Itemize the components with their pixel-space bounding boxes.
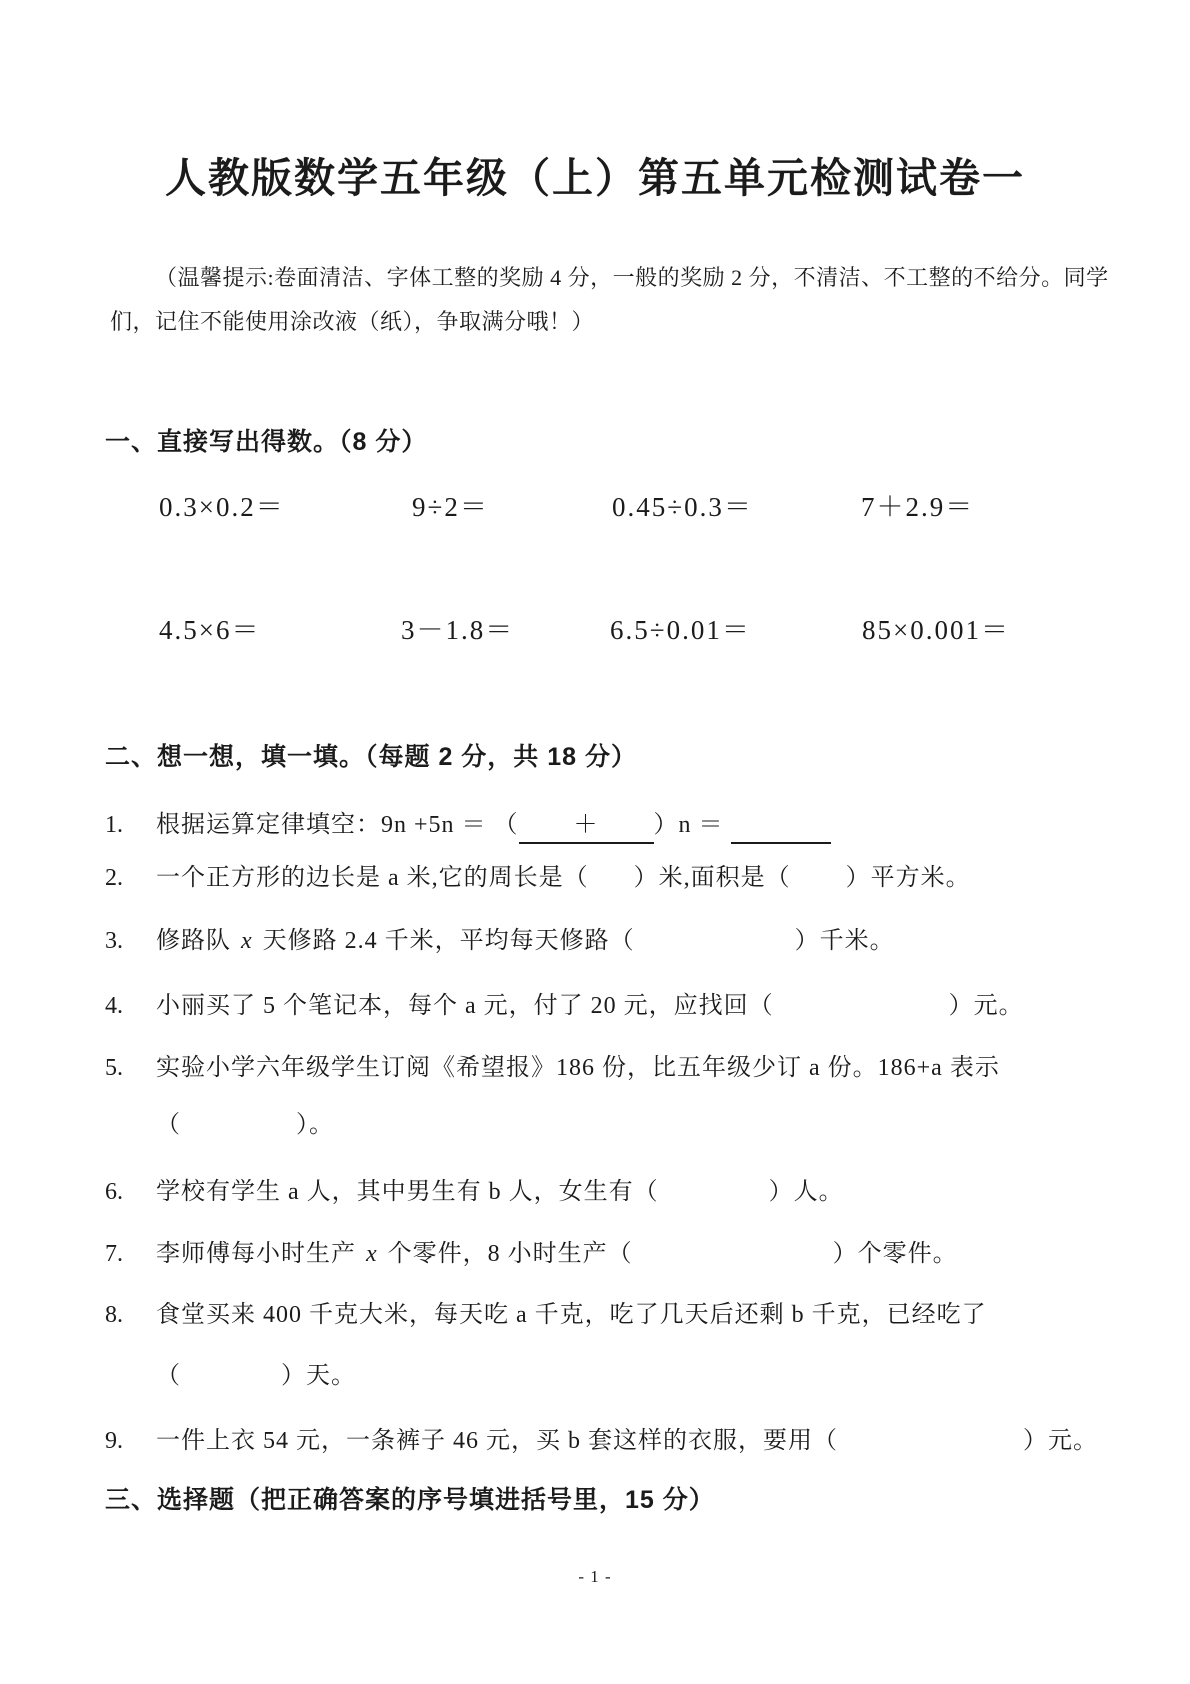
question-text: 李师傅每小时生产 — [156, 1241, 363, 1267]
question-text: 修路队 — [156, 928, 238, 954]
question-text: 一件上衣 54 元，一条裤子 46 元，买 b 套这样的衣服，要用（ — [156, 1428, 838, 1454]
question-text: ）平方米。 — [846, 865, 971, 891]
question-number: 2. — [105, 861, 156, 895]
section-3-heading: 三、选择题（把正确答案的序号填进括号里，15 分） — [105, 1484, 715, 1516]
test-paper-page: 人教版数学五年级（上）第五单元检测试卷一 （温馨提示:卷面清洁、字体工整的奖励 … — [0, 0, 1190, 1684]
question-3: 3.修路队 x 天修路 2.4 千米，平均每天修路（）千米。 — [105, 924, 895, 958]
question-8-continuation: （）天。 — [156, 1359, 356, 1393]
question-text: 一个正方形的边长是 a 米,它的周长是（ — [156, 865, 589, 891]
math-expression: 4.5×6＝ — [159, 612, 260, 648]
question-text: （ — [156, 1112, 181, 1138]
math-row-2: 4.5×6＝ 3－1.8＝ 6.5÷0.01＝ 85×0.001＝ — [0, 612, 1190, 652]
question-text: ）元。 — [1023, 1428, 1098, 1454]
question-text: ）人。 — [769, 1179, 844, 1205]
fill-blank-underline: ＋ — [519, 808, 654, 844]
hint-line-1: （温馨提示:卷面清洁、字体工整的奖励 4 分，一般的奖励 2 分，不清洁、不工整… — [155, 263, 1109, 293]
question-text: 天修路 2.4 千米，平均每天修路（ — [256, 928, 635, 954]
math-expression: 7＋2.9＝ — [861, 489, 974, 525]
question-text: （ — [156, 1363, 181, 1389]
question-text: 根据运算定律填空：9n +5n ＝ （ — [156, 812, 519, 838]
question-text: ）个零件。 — [833, 1241, 958, 1267]
page-number-footer: - 1 - — [0, 1566, 1190, 1588]
question-number: 7. — [105, 1237, 156, 1271]
question-number: 6. — [105, 1175, 156, 1209]
variable-x: x — [363, 1241, 381, 1267]
question-9: 9.一件上衣 54 元，一条裤子 46 元，买 b 套这样的衣服，要用（）元。 — [105, 1424, 1098, 1458]
question-text: ）千米。 — [795, 928, 895, 954]
question-6: 6.学校有学生 a 人，其中男生有 b 人，女生有（）人。 — [105, 1175, 844, 1209]
question-4: 4.小丽买了 5 个笔记本，每个 a 元，付了 20 元，应找回（）元。 — [105, 989, 1024, 1023]
hint-line-2: 们，记住不能使用涂改液（纸），争取满分哦！） — [110, 307, 594, 337]
question-text: ）米,面积是（ — [634, 865, 791, 891]
question-text: ）n ＝ — [654, 812, 731, 838]
question-number: 1. — [105, 808, 156, 842]
question-text: 实验小学六年级学生订阅《希望报》186 份，比五年级少订 a 份。186+a 表… — [156, 1055, 1000, 1081]
question-text: ）。 — [296, 1112, 334, 1138]
section-1-heading: 一、直接写出得数。（8 分） — [105, 426, 427, 458]
math-expression: 0.3×0.2＝ — [159, 489, 285, 525]
math-expression: 6.5÷0.01＝ — [610, 612, 751, 648]
math-expression: 0.45÷0.3＝ — [612, 489, 753, 525]
question-number: 8. — [105, 1298, 156, 1332]
question-number: 4. — [105, 989, 156, 1023]
question-8: 8.食堂买来 400 千克大米，每天吃 a 千克，吃了几天后还剩 b 千克，已经… — [105, 1298, 987, 1332]
question-5: 5.实验小学六年级学生订阅《希望报》186 份，比五年级少订 a 份。186+a… — [105, 1051, 1000, 1085]
math-expression: 3－1.8＝ — [401, 612, 514, 648]
section-2-heading: 二、想一想，填一填。（每题 2 分，共 18 分） — [105, 741, 637, 773]
question-text: ）元。 — [949, 993, 1024, 1019]
question-number: 5. — [105, 1051, 156, 1085]
math-expression: 85×0.001＝ — [862, 612, 1010, 648]
question-number: 9. — [105, 1424, 156, 1458]
question-1: 1.根据运算定律填空：9n +5n ＝ （＋）n ＝ — [105, 808, 831, 844]
question-7: 7.李师傅每小时生产 x 个零件，8 小时生产（）个零件。 — [105, 1237, 958, 1271]
question-text: ）天。 — [281, 1363, 356, 1389]
question-text: 个零件，8 小时生产（ — [381, 1241, 633, 1267]
variable-x: x — [238, 928, 256, 954]
question-text: 食堂买来 400 千克大米，每天吃 a 千克，吃了几天后还剩 b 千克，已经吃了 — [156, 1302, 987, 1328]
math-row-1: 0.3×0.2＝ 9÷2＝ 0.45÷0.3＝ 7＋2.9＝ — [0, 489, 1190, 529]
page-title: 人教版数学五年级（上）第五单元检测试卷一 — [0, 154, 1190, 202]
math-expression: 9÷2＝ — [412, 489, 489, 525]
fill-blank-underline — [731, 808, 831, 844]
question-number: 3. — [105, 924, 156, 958]
question-5-continuation: （）。 — [156, 1108, 334, 1142]
question-text: 小丽买了 5 个笔记本，每个 a 元，付了 20 元，应找回（ — [156, 993, 774, 1019]
question-2: 2.一个正方形的边长是 a 米,它的周长是（）米,面积是（）平方米。 — [105, 861, 971, 895]
question-text: 学校有学生 a 人，其中男生有 b 人，女生有（ — [156, 1179, 659, 1205]
